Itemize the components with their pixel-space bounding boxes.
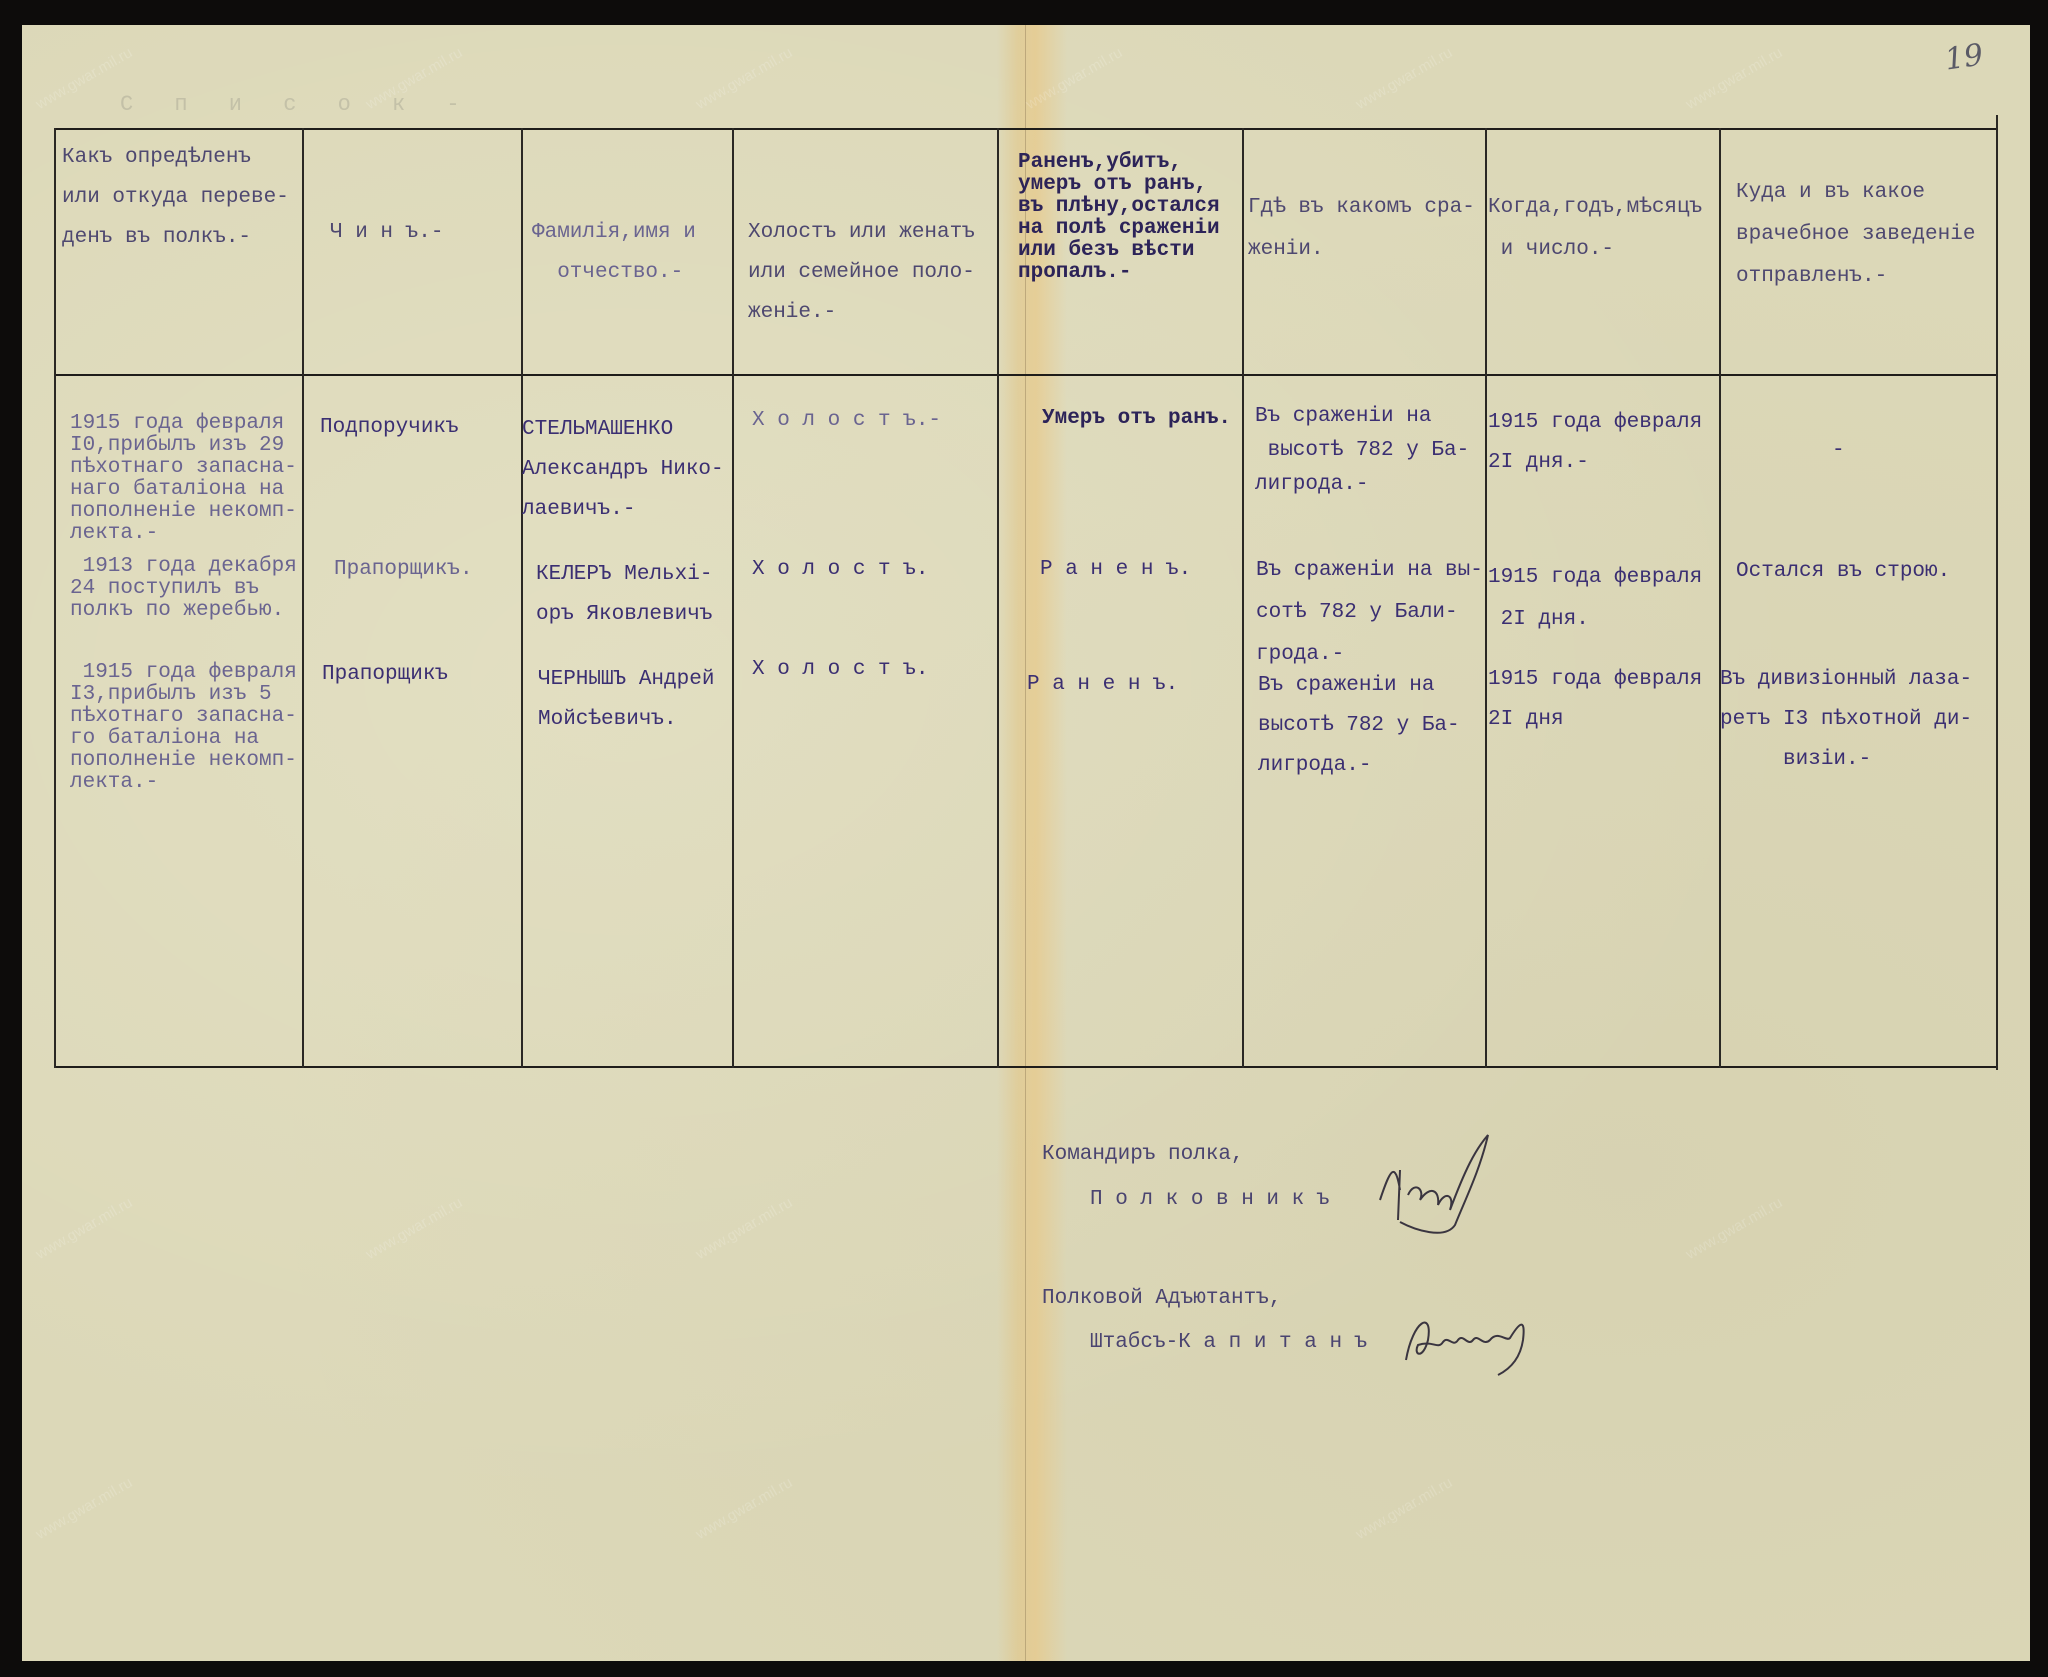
column-rule	[997, 128, 999, 1068]
cell-where: Въ сраженiи на высотѣ 782 у Ба- лигрода.…	[1258, 666, 1460, 786]
cell-rank: Подпоручикъ	[320, 413, 459, 443]
column-rule	[54, 128, 56, 1068]
cell-when: 1915 года февраля 2I дня.-	[1488, 403, 1702, 483]
cell-marital: Х о л о с т ъ.	[752, 655, 928, 685]
header-destination: Куда и въ какое врачебное заведенiе отпр…	[1736, 172, 1975, 298]
cell-destination: -	[1832, 436, 1845, 466]
cell-name: СТЕЛЬМАШЕНКО Александръ Нико- лаевичъ.-	[522, 410, 724, 530]
cell-when: 1915 года февраля 2I дня	[1488, 660, 1702, 740]
commander-rank: П о л к о в н и к ъ	[1090, 1188, 1329, 1211]
header-rank: Ч и н ъ.-	[330, 218, 443, 248]
column-rule	[732, 128, 734, 1068]
column-rule	[1485, 128, 1487, 1068]
adjutant-signature-icon	[1398, 1300, 1538, 1390]
cell-rank: Прапорщикъ	[322, 660, 448, 690]
column-rule	[302, 128, 304, 1068]
header-name: Фамилiя,имя и отчество.-	[532, 213, 696, 293]
cell-marital: Х о л о с т ъ.-	[752, 406, 941, 436]
cell-status: Р а н е н ъ.	[1027, 670, 1178, 700]
adjutant-rank: Штабсъ-К а п и т а н ъ	[1090, 1331, 1367, 1354]
column-rule	[521, 128, 523, 1068]
cell-where: Въ сраженiи на вы- сотѣ 782 у Бали- грод…	[1256, 550, 1483, 676]
cell-when: 1915 года февраля 2I дня.	[1488, 557, 1702, 641]
faint-title: С п и с о к -	[120, 92, 474, 117]
cell-status: Р а н е н ъ.	[1040, 555, 1191, 585]
commander-title: Командиръ полка,	[1042, 1143, 1244, 1166]
header-origin: Какъ опредѣленъ или откуда переве- денъ …	[62, 138, 289, 258]
header-marital: Холостъ или женатъ или семейное поло- же…	[748, 213, 975, 333]
cell-status: Умеръ отъ ранъ.	[1042, 404, 1231, 434]
page-number: 19	[1943, 38, 1986, 78]
cell-destination: Въ дивизiонный лаза- ретъ I3 пѣхотной ди…	[1720, 660, 1972, 780]
commander-signature-icon	[1370, 1130, 1500, 1240]
cell-destination: Остался въ строю.	[1736, 557, 1950, 587]
cell-where: Въ сраженiи на высотѣ 782 у Ба- лигрода.…	[1255, 400, 1469, 502]
header-when: Когда,годъ,мѣсяцъ и число.-	[1488, 187, 1702, 271]
table-top-rule	[54, 128, 1998, 130]
header-status: Раненъ,убитъ, умеръ отъ ранъ, въ плѣну,о…	[1018, 152, 1220, 284]
cell-name: ЧЕРНЫШЪ Андрей Мойсѣевичъ.	[538, 660, 714, 740]
header-separator-rule	[54, 374, 1998, 376]
cell-origin: 1915 года февраля I0,прибылъ изъ 29 пѣхо…	[70, 413, 297, 545]
table-bottom-rule	[56, 1066, 1998, 1068]
cell-name: КЕЛЕРЪ Мельхi- оръ Яковлевичъ	[536, 555, 712, 635]
column-rule	[1242, 128, 1244, 1068]
cell-origin: 1913 года декабря 24 поступилъ въ полкъ …	[70, 556, 297, 622]
column-rule	[1719, 128, 1721, 1068]
cell-rank: Прапорщикъ.	[334, 555, 473, 585]
column-rule	[1996, 115, 1998, 1070]
cell-marital: Х о л о с т ъ.	[752, 555, 928, 585]
cell-origin: 1915 года февраля I3,прибылъ изъ 5 пѣхот…	[70, 662, 297, 794]
header-where: Гдѣ въ какомъ сра- женiи.	[1248, 187, 1475, 271]
adjutant-title: Полковой Адъютантъ,	[1042, 1287, 1281, 1310]
